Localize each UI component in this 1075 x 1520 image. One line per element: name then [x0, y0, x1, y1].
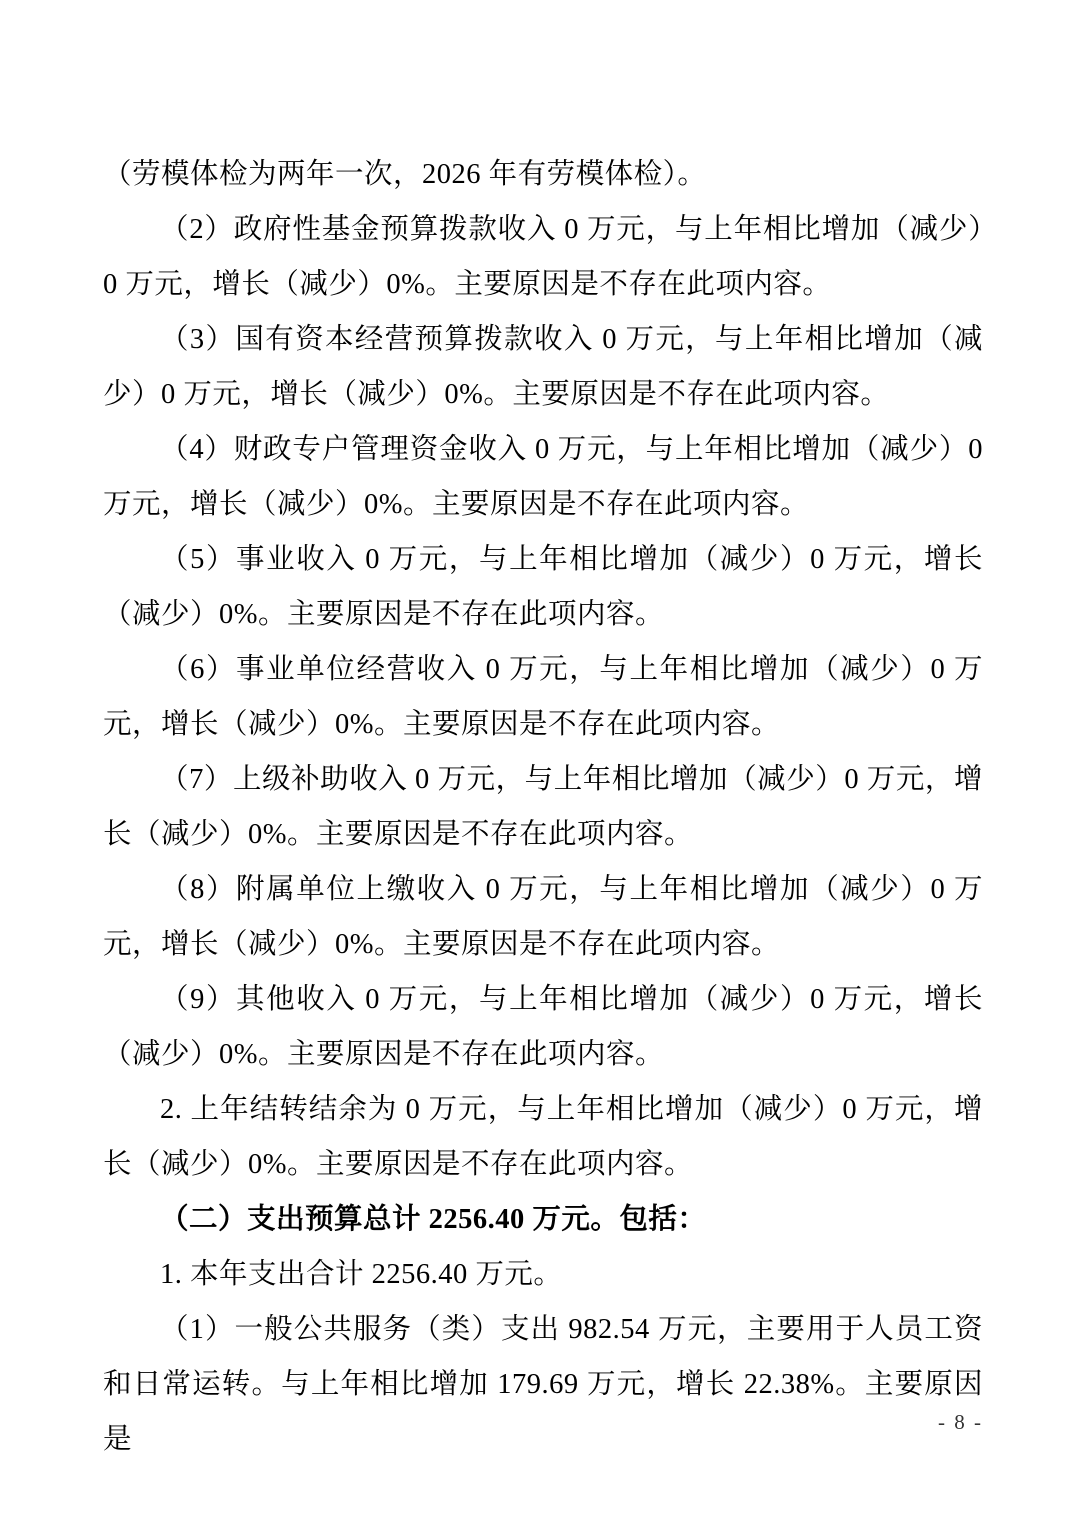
paragraph-carryover: 2. 上年结转结余为 0 万元，与上年相比增加（减少）0 万元，增长（减少）0%…: [103, 1082, 983, 1192]
paragraph-expenditure-total: 1. 本年支出合计 2256.40 万元。: [103, 1247, 983, 1302]
page-number: - 8 -: [938, 1408, 983, 1436]
paragraph-income-item-3: （3）国有资本经营预算拨款收入 0 万元，与上年相比增加（减少）0 万元，增长（…: [103, 312, 983, 422]
paragraph-continuation: （劳模体检为两年一次，2026 年有劳模体检）。: [103, 147, 983, 202]
paragraph-income-item-8: （8）附属单位上缴收入 0 万元，与上年相比增加（减少）0 万元，增长（减少）0…: [103, 862, 983, 972]
section-heading-expenditure: （二）支出预算总计 2256.40 万元。包括：: [103, 1192, 983, 1247]
paragraph-expenditure-item-1: （1）一般公共服务（类）支出 982.54 万元，主要用于人员工资和日常运转。与…: [103, 1302, 983, 1467]
document-page: （劳模体检为两年一次，2026 年有劳模体检）。 （2）政府性基金预算拨款收入 …: [0, 0, 1075, 1520]
paragraph-income-item-9: （9）其他收入 0 万元，与上年相比增加（减少）0 万元，增长（减少）0%。主要…: [103, 972, 983, 1082]
paragraph-income-item-5: （5）事业收入 0 万元，与上年相比增加（减少）0 万元，增长（减少）0%。主要…: [103, 532, 983, 642]
document-body: （劳模体检为两年一次，2026 年有劳模体检）。 （2）政府性基金预算拨款收入 …: [103, 147, 983, 1467]
paragraph-income-item-6: （6）事业单位经营收入 0 万元，与上年相比增加（减少）0 万元，增长（减少）0…: [103, 642, 983, 752]
paragraph-income-item-2: （2）政府性基金预算拨款收入 0 万元，与上年相比增加（减少）0 万元，增长（减…: [103, 202, 983, 312]
paragraph-income-item-4: （4）财政专户管理资金收入 0 万元，与上年相比增加（减少）0 万元，增长（减少…: [103, 422, 983, 532]
paragraph-income-item-7: （7）上级补助收入 0 万元，与上年相比增加（减少）0 万元，增长（减少）0%。…: [103, 752, 983, 862]
